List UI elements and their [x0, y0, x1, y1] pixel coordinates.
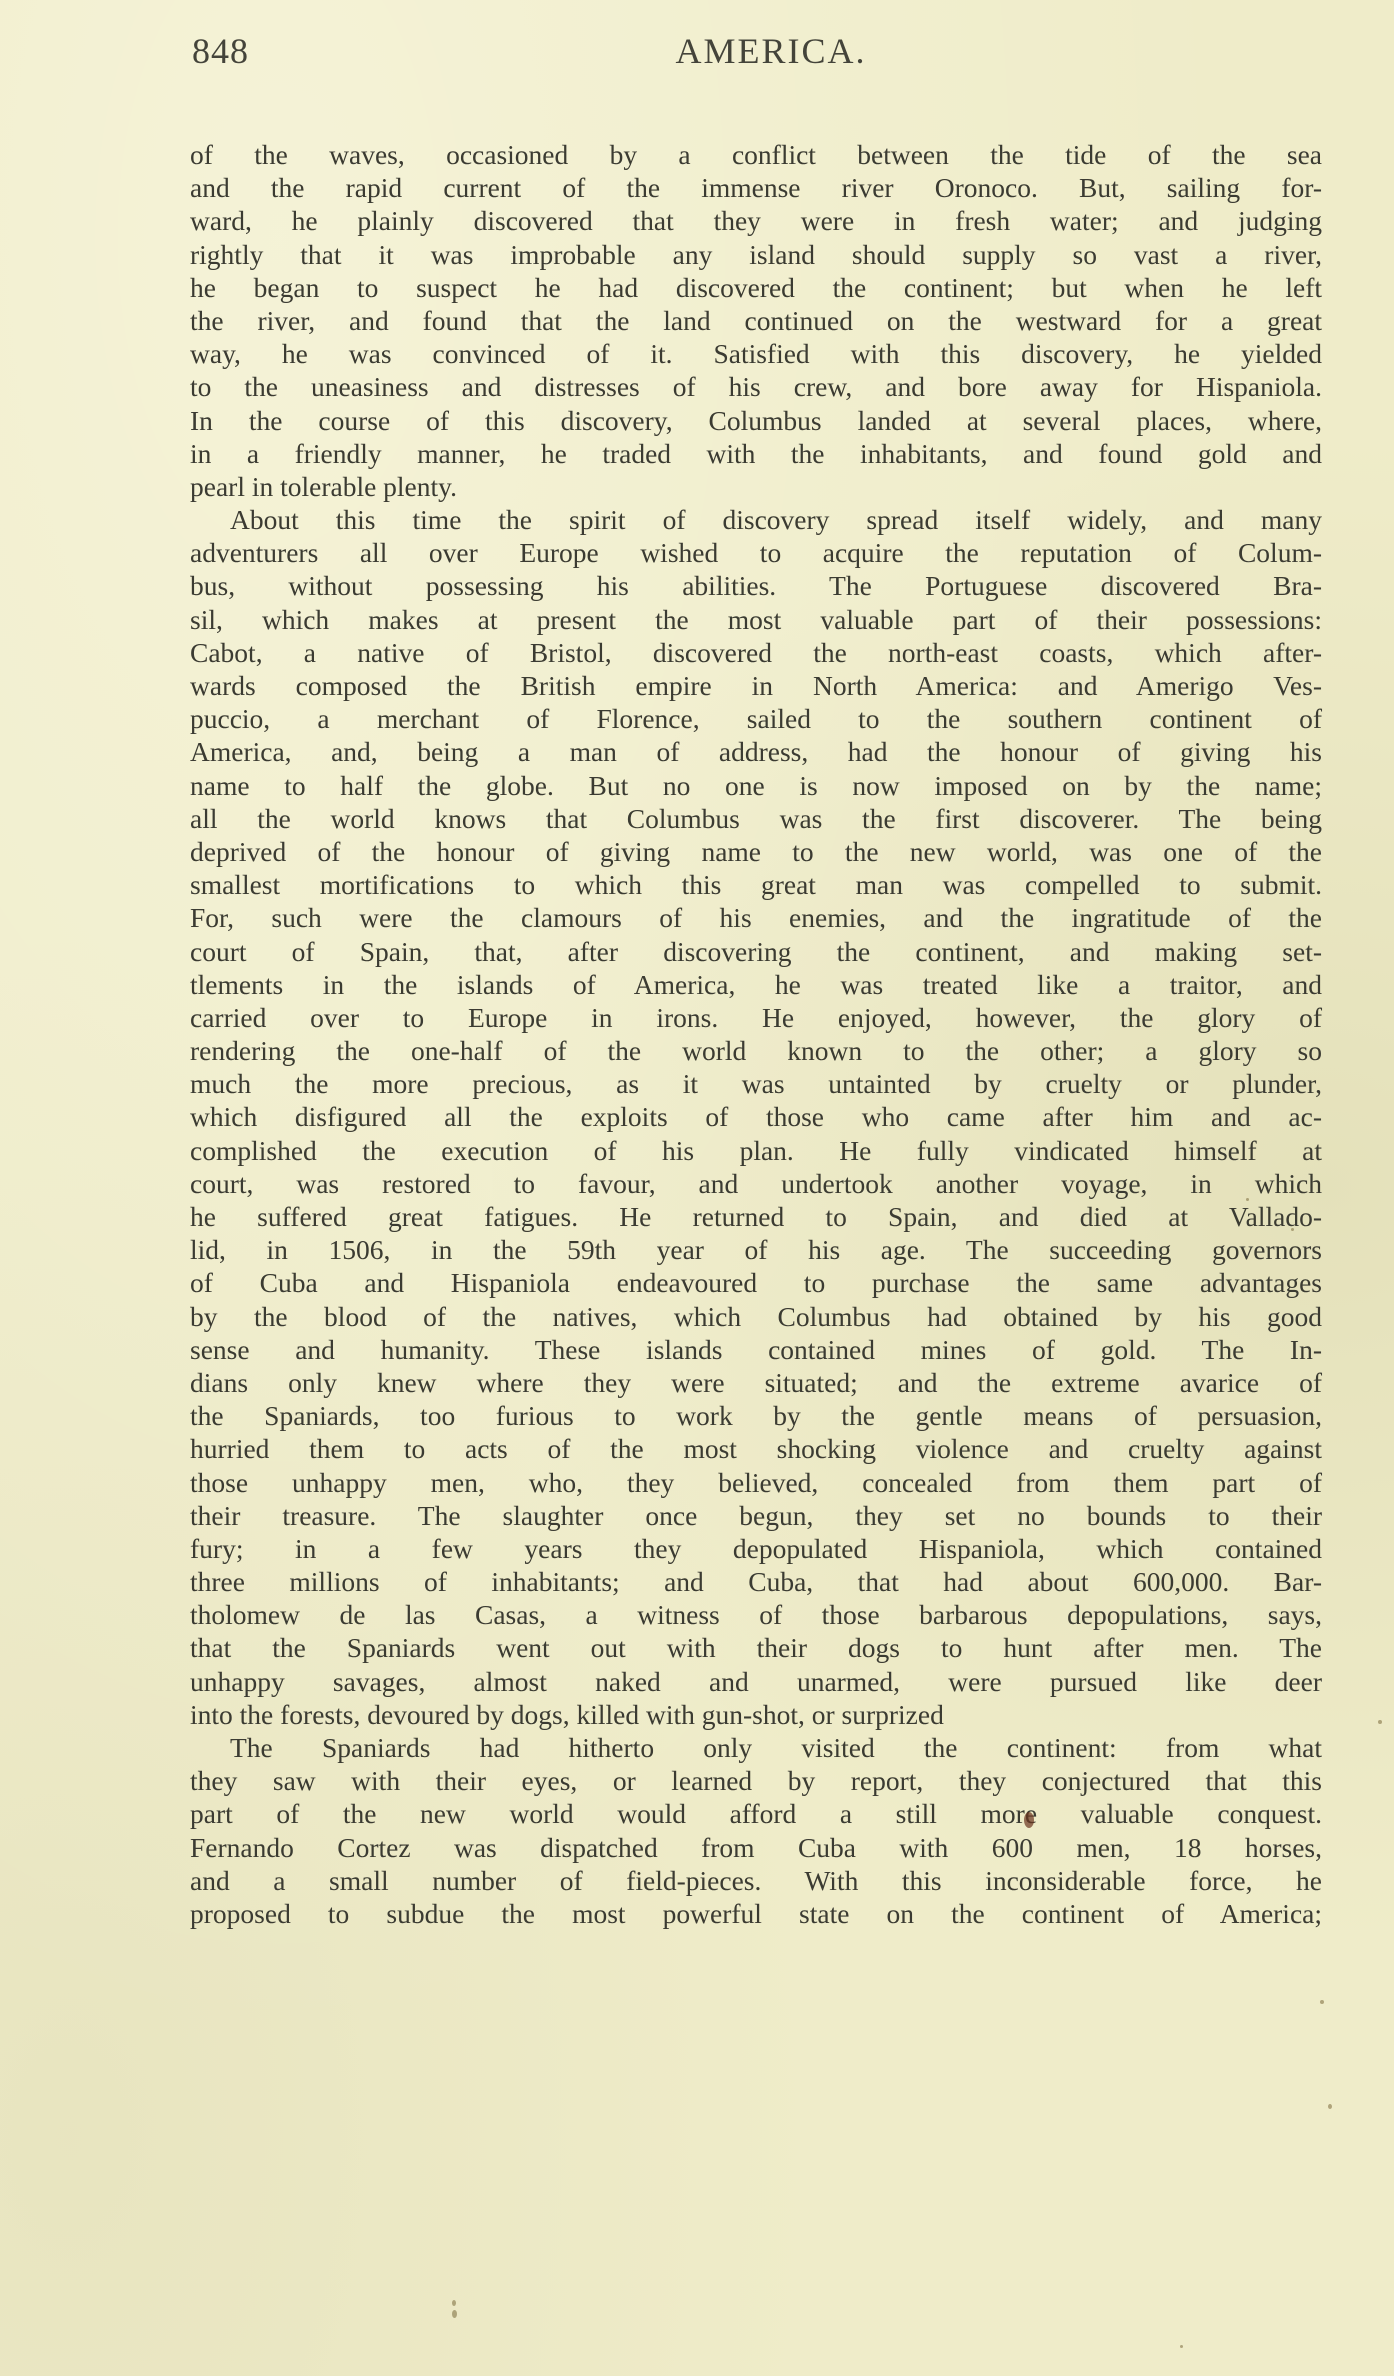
paper-speck: [452, 2300, 456, 2306]
paper-speck: [452, 2310, 457, 2318]
text-line: The Spaniards had hitherto only visited …: [190, 1731, 1322, 1764]
text-line: America, and, being a man of address, ha…: [190, 735, 1322, 768]
text-line: way, he was convinced of it. Satisfied w…: [190, 337, 1322, 370]
text-line: those unhappy men, who, they believed, c…: [190, 1466, 1322, 1499]
book-page: 848 AMERICA. of the waves, occasioned by…: [190, 30, 1322, 1930]
text-line: which disfigured all the exploits of tho…: [190, 1100, 1322, 1133]
text-line: and the rapid current of the immense riv…: [190, 171, 1322, 204]
text-line: into the forests, devoured by dogs, kill…: [190, 1698, 1322, 1731]
paper-speck: [1328, 2104, 1332, 2109]
text-line: part of the new world would afford a sti…: [190, 1797, 1322, 1830]
text-line: to the uneasiness and distresses of his …: [190, 370, 1322, 403]
text-line: all the world knows that Columbus was th…: [190, 802, 1322, 835]
text-line: tlements in the islands of America, he w…: [190, 968, 1322, 1001]
text-line: rendering the one-half of the world know…: [190, 1034, 1322, 1067]
text-line: by the blood of the natives, which Colum…: [190, 1300, 1322, 1333]
text-line: unhappy savages, almost naked and unarme…: [190, 1665, 1322, 1698]
text-line: he suffered great fatigues. He returned …: [190, 1200, 1322, 1233]
text-line: deprived of the honour of giving name to…: [190, 835, 1322, 868]
text-line: proposed to subdue the most powerful sta…: [190, 1897, 1322, 1930]
paragraph-2: About this time the spirit of discovery …: [190, 503, 1322, 1731]
text-line: the Spaniards, too furious to work by th…: [190, 1399, 1322, 1432]
paper-speck: [1378, 1720, 1382, 1724]
text-line: and a small number of field-pieces. With…: [190, 1864, 1322, 1897]
text-line: much the more precious, as it was untain…: [190, 1067, 1322, 1100]
text-line: their treasure. The slaughter once begun…: [190, 1499, 1322, 1532]
text-line: In the course of this discovery, Columbu…: [190, 404, 1322, 437]
text-line: in a friendly manner, he traded with the…: [190, 437, 1322, 470]
running-title: AMERICA.: [190, 30, 1322, 72]
text-line: carried over to Europe in irons. He enjo…: [190, 1001, 1322, 1034]
paper-speck: [1320, 2000, 1324, 2004]
ink-blot: [1024, 1812, 1034, 1828]
text-line: court of Spain, that, after discovering …: [190, 935, 1322, 968]
text-line: three millions of inhabitants; and Cuba,…: [190, 1565, 1322, 1598]
text-line: rightly that it was improbable any islan…: [190, 238, 1322, 271]
paragraph-1: of the waves, occasioned by a conflict b…: [190, 138, 1322, 503]
body-text: of the waves, occasioned by a conflict b…: [190, 138, 1322, 1930]
text-line: of the waves, occasioned by a conflict b…: [190, 138, 1322, 171]
text-line: adventurers all over Europe wished to ac…: [190, 536, 1322, 569]
text-line: Cabot, a native of Bristol, discovered t…: [190, 636, 1322, 669]
text-line: of Cuba and Hispaniola endeavoured to pu…: [190, 1266, 1322, 1299]
text-line: About this time the spirit of discovery …: [190, 503, 1322, 536]
text-line: ward, he plainly discovered that they we…: [190, 204, 1322, 237]
text-line: hurried them to acts of the most shockin…: [190, 1432, 1322, 1465]
text-line: tholomew de las Casas, a witness of thos…: [190, 1598, 1322, 1631]
text-line: he began to suspect he had discovered th…: [190, 271, 1322, 304]
text-line: the river, and found that the land conti…: [190, 304, 1322, 337]
text-line: bus, without possessing his abilities. T…: [190, 569, 1322, 602]
paper-speck: [1180, 2345, 1183, 2348]
text-line: For, such were the clamours of his enemi…: [190, 901, 1322, 934]
paper-speck: [1246, 1198, 1249, 1201]
text-line: lid, in 1506, in the 59th year of his ag…: [190, 1233, 1322, 1266]
text-line: smallest mortifications to which this gr…: [190, 868, 1322, 901]
text-line: they saw with their eyes, or learned by …: [190, 1764, 1322, 1797]
text-line: dians only knew where they were situated…: [190, 1366, 1322, 1399]
text-line: pearl in tolerable plenty.: [190, 470, 1322, 503]
text-line: puccio, a merchant of Florence, sailed t…: [190, 702, 1322, 735]
text-line: Fernando Cortez was dispatched from Cuba…: [190, 1831, 1322, 1864]
text-line: that the Spaniards went out with their d…: [190, 1631, 1322, 1664]
text-line: complished the execution of his plan. He…: [190, 1134, 1322, 1167]
text-line: sil, which makes at present the most val…: [190, 603, 1322, 636]
text-line: court, was restored to favour, and under…: [190, 1167, 1322, 1200]
text-line: wards composed the British empire in Nor…: [190, 669, 1322, 702]
text-line: sense and humanity. These islands contai…: [190, 1333, 1322, 1366]
text-line: fury; in a few years they depopulated Hi…: [190, 1532, 1322, 1565]
paper-speck: [1291, 1228, 1294, 1231]
running-head: 848 AMERICA.: [190, 30, 1322, 80]
paragraph-3: The Spaniards had hitherto only visited …: [190, 1731, 1322, 1930]
text-line: name to half the globe. But no one is no…: [190, 769, 1322, 802]
